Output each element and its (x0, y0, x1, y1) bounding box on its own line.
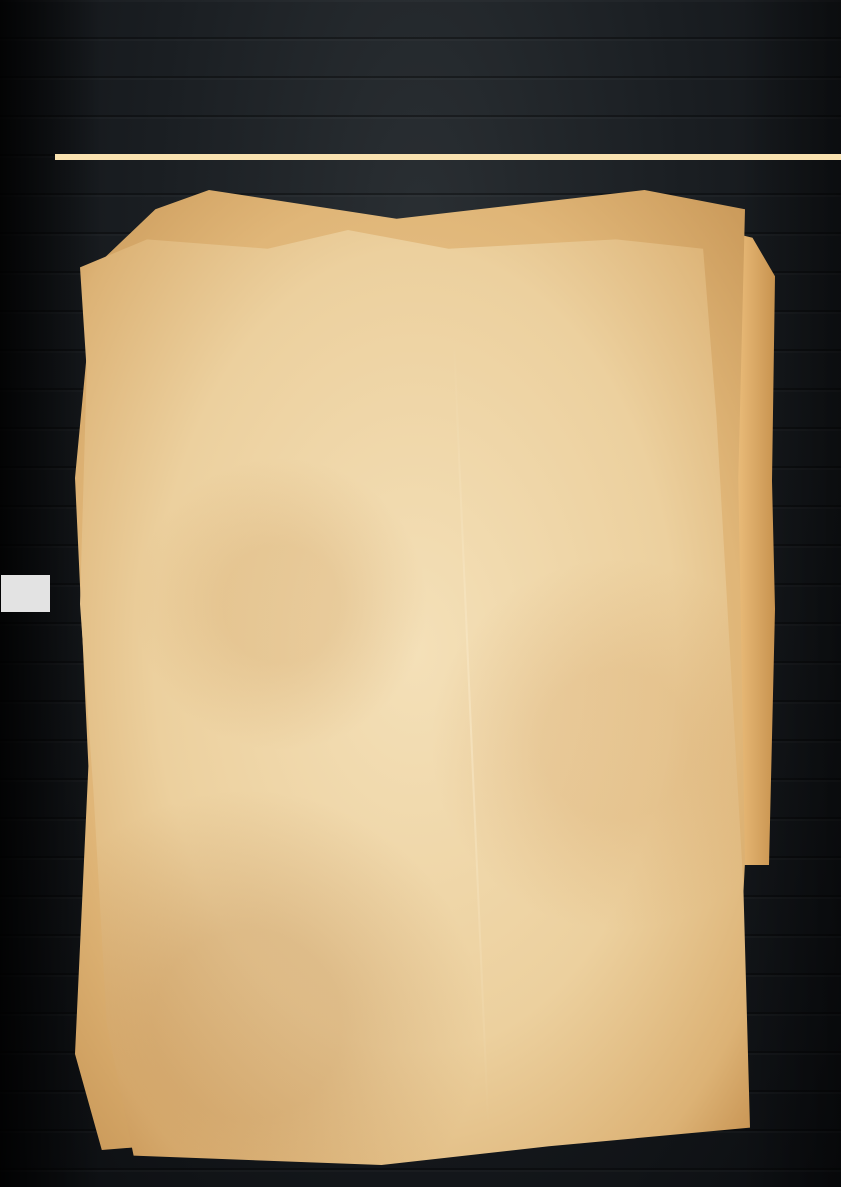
paper-crease (453, 330, 490, 1129)
parchment-sheet-front (80, 230, 750, 1165)
header-divider-rule (55, 154, 841, 160)
side-tab-button[interactable] (1, 575, 50, 612)
parchment-stack (60, 185, 780, 1170)
